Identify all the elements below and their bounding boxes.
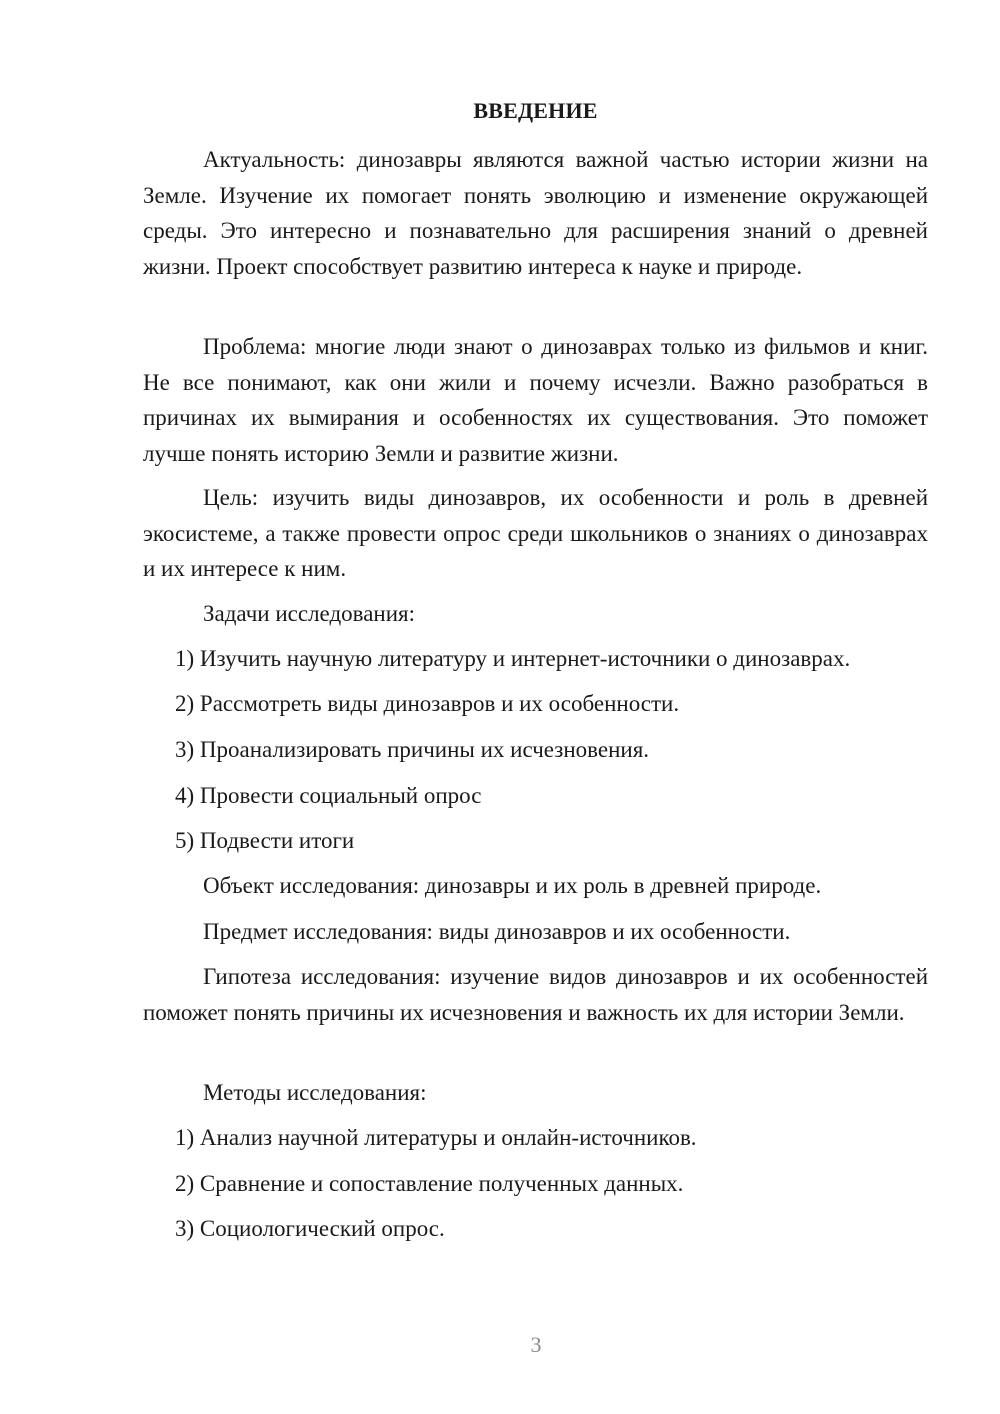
goal-paragraph: Цель: изучить виды динозавров, их особен… [143,480,928,587]
method-item: 1) Анализ научной литературы и онлайн-ис… [143,1120,928,1156]
task-item: 4) Провести социальный опрос [143,778,928,814]
task-item: 1) Изучить научную литературу и интернет… [143,641,928,677]
task-item: 3) Проанализировать причины их исчезнове… [143,732,928,768]
subject-line: Предмет исследования: виды динозавров и … [143,914,928,950]
hypothesis-paragraph: Гипотеза исследования: изучение видов ди… [143,959,928,1030]
object-line: Объект исследования: динозавры и их роль… [143,868,928,904]
problem-paragraph: Проблема: многие люди знают о динозаврах… [143,329,928,471]
method-item: 2) Сравнение и сопоставление полученных … [143,1166,928,1202]
task-item: 2) Рассмотреть виды динозавров и их особ… [143,686,928,722]
method-item: 3) Социологический опрос. [143,1211,928,1247]
methods-heading: Методы исследования: [143,1075,928,1111]
tasks-heading: Задачи исследования: [143,596,928,632]
document-page: ВВЕДЕНИЕ Актуальность: динозавры являютс… [0,0,1000,1414]
task-item: 5) Подвести итоги [143,823,928,859]
relevance-paragraph: Актуальность: динозавры являются важной … [143,142,928,284]
page-number: 3 [0,1332,1000,1358]
section-title: ВВЕДЕНИЕ [143,96,928,126]
